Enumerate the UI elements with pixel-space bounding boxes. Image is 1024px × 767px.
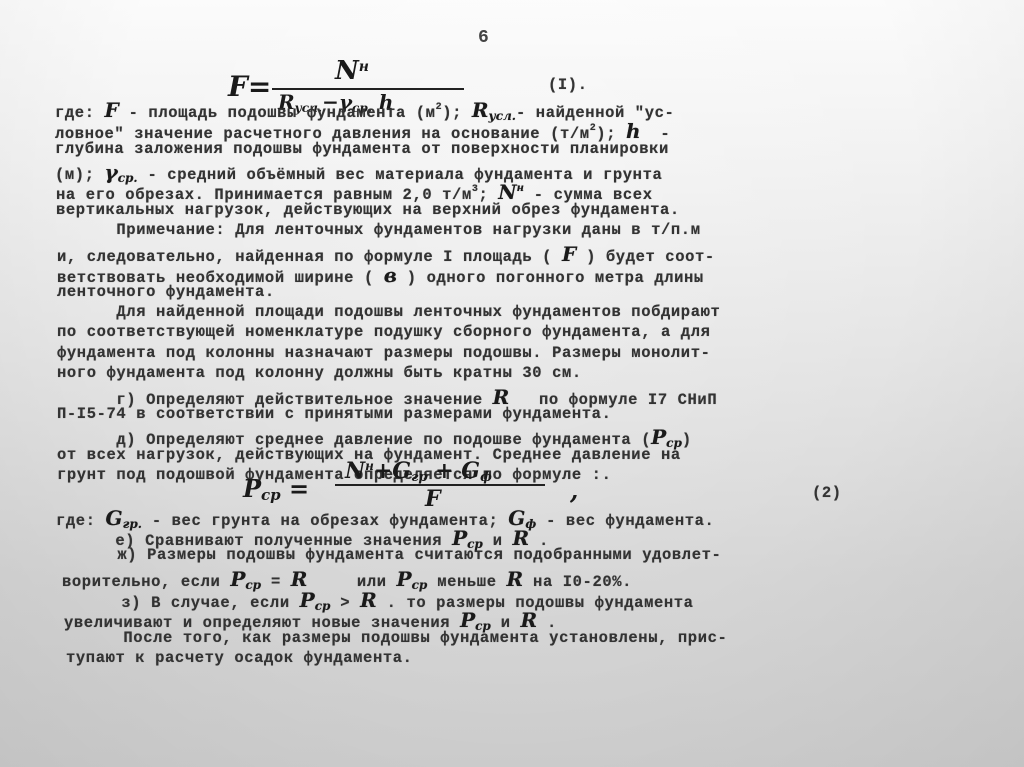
- text-line: ж) Размеры подошвы фундамента считаются …: [58, 546, 721, 564]
- page-number: 6: [478, 28, 489, 48]
- math-symbol: в: [384, 263, 397, 287]
- formula-1-numerator: Nн: [335, 56, 369, 86]
- text-line: После того, как размеры подошвы фундамен…: [64, 629, 727, 647]
- text-line: тупают к расчету осадок фундамента.: [66, 649, 413, 667]
- formula-1-label: (I).: [548, 76, 588, 94]
- text-line: глубина заложения подошвы фундамента от …: [55, 140, 669, 158]
- text-line: Примечание: Для ленточных фундаментов на…: [57, 221, 701, 239]
- text-line: П-I5-74 в соответствии с принятыми разме…: [57, 405, 611, 423]
- formula-2-lhs: Pср =: [243, 474, 309, 504]
- text-line: по соответствующей номенклатуре подушку …: [57, 323, 711, 341]
- formula-2-numerator: Nн+Gгр + Gф: [345, 458, 492, 485]
- formula-2-trailing-comma: ,: [570, 476, 578, 505]
- text-line: ного фундамента под колонну должны быть …: [57, 364, 582, 382]
- formula-2-label: (2): [812, 484, 842, 502]
- text-line: вертикальных нагрузок, действующих на ве…: [56, 201, 680, 219]
- text-line: фундамента под колонны назначают размеры…: [57, 344, 711, 362]
- text-line: грунт под подошвой фундамента определяет…: [57, 466, 611, 484]
- text-line: Для найденной площади подошвы ленточных …: [57, 303, 720, 321]
- text-line: ленточного фундамента.: [57, 283, 275, 301]
